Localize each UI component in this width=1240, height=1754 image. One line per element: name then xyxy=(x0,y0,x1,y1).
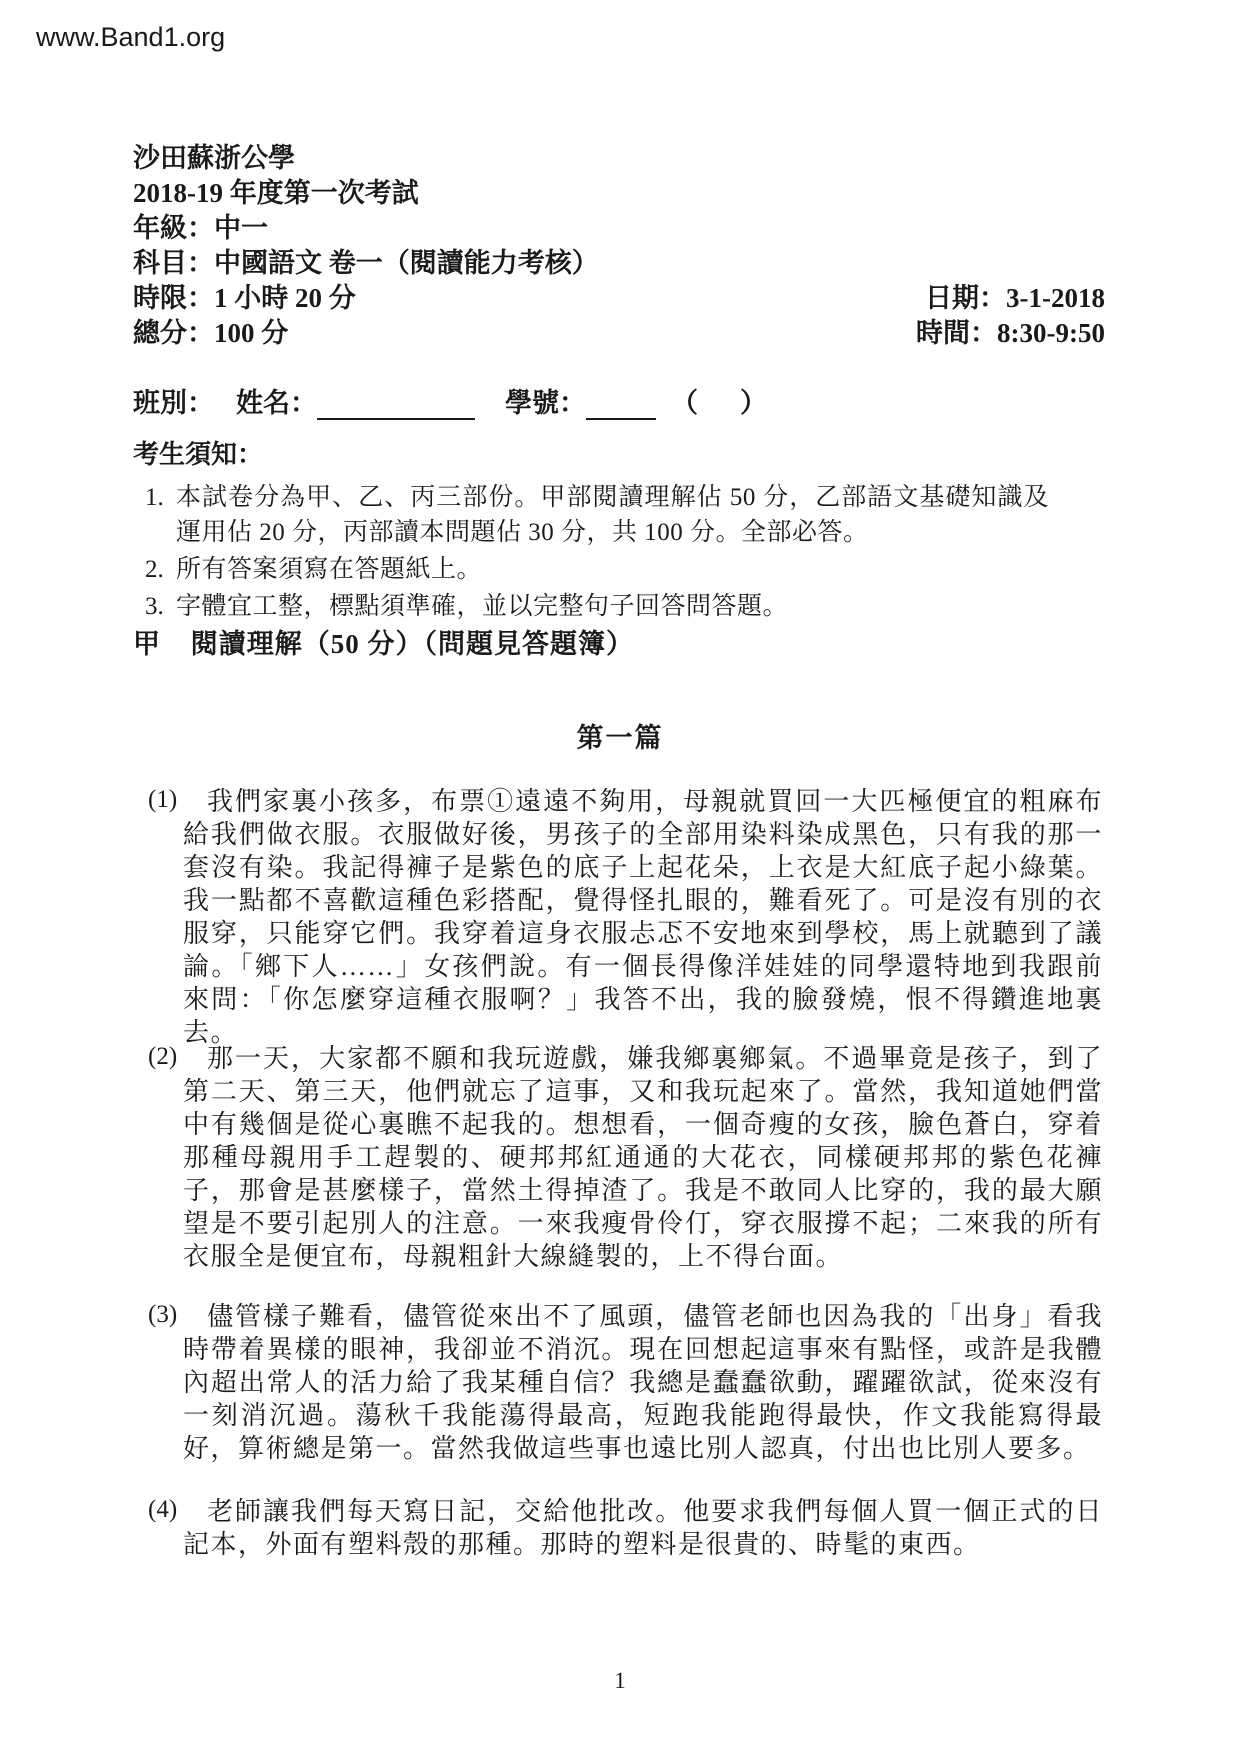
note-number: 3. xyxy=(145,589,164,624)
class-label: 班別： xyxy=(133,386,214,420)
exam-paper-page: www.Band1.org 沙田蘇浙公學 2018-19 年度第一次考試 年級：… xyxy=(0,0,1240,1754)
paragraph-text: 那一天，大家都不願和我玩遊戲，嫌我鄉裏鄉氣。不過畢竟是孩子，到了第二天、第三天，… xyxy=(183,1042,1103,1273)
paragraph-number: (1) xyxy=(148,786,177,814)
section-a-heading: 甲 閱讀理解（50 分）（問題見答題簿） xyxy=(133,622,634,661)
note-item: 3. 字體宜工整，標點須準確，並以完整句子回答問答題。 xyxy=(133,589,1049,624)
candidate-notes: 考生須知： 1. 本試卷分為甲、乙、丙三部份。甲部閱讀理解佔 50 分，乙部語文… xyxy=(133,434,1049,626)
paragraph-text: 我們家裏小孩多，布票①遠遠不夠用，母親就買回一大匹極便宜的粗麻布給我們做衣服。衣… xyxy=(183,785,1103,1049)
grade-line: 年級：中一 xyxy=(133,211,1105,246)
total-score-row: 總分：100 分 時間：8:30-9:50 xyxy=(133,316,1105,351)
note-number: 1. xyxy=(145,480,164,515)
paragraph-number: (2) xyxy=(148,1043,177,1071)
paragraph-text: 儘管樣子難看，儘管從來出不了風頭，儘管老師也因為我的「出身」看我時帶着異樣的眼神… xyxy=(183,1300,1103,1465)
student-no-label: 學號： xyxy=(505,386,586,420)
student-no-blank xyxy=(586,387,656,420)
paren-close: ） xyxy=(740,386,767,420)
paren-open: （ xyxy=(671,386,698,420)
exam-title: 2018-19 年度第一次考試 xyxy=(133,176,1105,211)
paragraph-text: 老師讓我們每天寫日記，交給他批改。他要求我們每個人買一個正式的日記本，外面有塑料… xyxy=(183,1495,1103,1561)
note-item: 2. 所有答案須寫在答題紙上。 xyxy=(133,552,1049,587)
paragraph: (4) 老師讓我們每天寫日記，交給他批改。他要求我們每個人買一個正式的日記本，外… xyxy=(148,1495,1103,1561)
paragraph: (1) 我們家裏小孩多，布票①遠遠不夠用，母親就買回一大匹極便宜的粗麻布給我們做… xyxy=(148,785,1103,1049)
note-text: 所有答案須寫在答題紙上。 xyxy=(176,556,482,583)
paragraph: (3) 儘管樣子難看，儘管從來出不了風頭，儘管老師也因為我的「出身」看我時帶着異… xyxy=(148,1300,1103,1465)
paragraph-number: (4) xyxy=(148,1496,177,1524)
exam-time: 時間：8:30-9:50 xyxy=(916,316,1105,351)
subject-line: 科目：中國語文 卷一（閱讀能力考核） xyxy=(133,246,1105,281)
student-info-row: 班別： 姓名： 學號： （ ） xyxy=(133,386,767,420)
passage-title: 第一篇 xyxy=(0,716,1240,755)
exam-header: 沙田蘇浙公學 2018-19 年度第一次考試 年級：中一 科目：中國語文 卷一（… xyxy=(133,141,1105,351)
note-item: 1. 本試卷分為甲、乙、丙三部份。甲部閱讀理解佔 50 分，乙部語文基礎知識及運… xyxy=(133,480,1049,550)
page-number: 1 xyxy=(0,1668,1240,1694)
section-title: 閱讀理解（50 分）（問題見答題簿） xyxy=(191,629,634,659)
school-name: 沙田蘇浙公學 xyxy=(133,141,1105,176)
watermark: www.Band1.org xyxy=(36,22,225,53)
time-limit-row: 時限：1 小時 20 分 日期：3-1-2018 xyxy=(133,281,1105,316)
total-score: 總分：100 分 xyxy=(133,316,288,351)
note-text: 字體宜工整，標點須準確，並以完整句子回答問答題。 xyxy=(176,593,788,620)
note-text: 本試卷分為甲、乙、丙三部份。甲部閱讀理解佔 50 分，乙部語文基礎知識及運用佔 … xyxy=(176,484,1049,546)
notes-title: 考生須知： xyxy=(133,434,1049,471)
exam-date: 日期：3-1-2018 xyxy=(925,281,1105,316)
paragraph: (2) 那一天，大家都不願和我玩遊戲，嫌我鄉裏鄉氣。不過畢竟是孩子，到了第二天、… xyxy=(148,1042,1103,1273)
paragraph-number: (3) xyxy=(148,1301,177,1329)
name-label: 姓名： xyxy=(236,386,317,420)
name-blank xyxy=(317,387,475,420)
note-number: 2. xyxy=(145,552,164,587)
section-label: 甲 xyxy=(133,629,161,659)
time-limit: 時限：1 小時 20 分 xyxy=(133,281,356,316)
